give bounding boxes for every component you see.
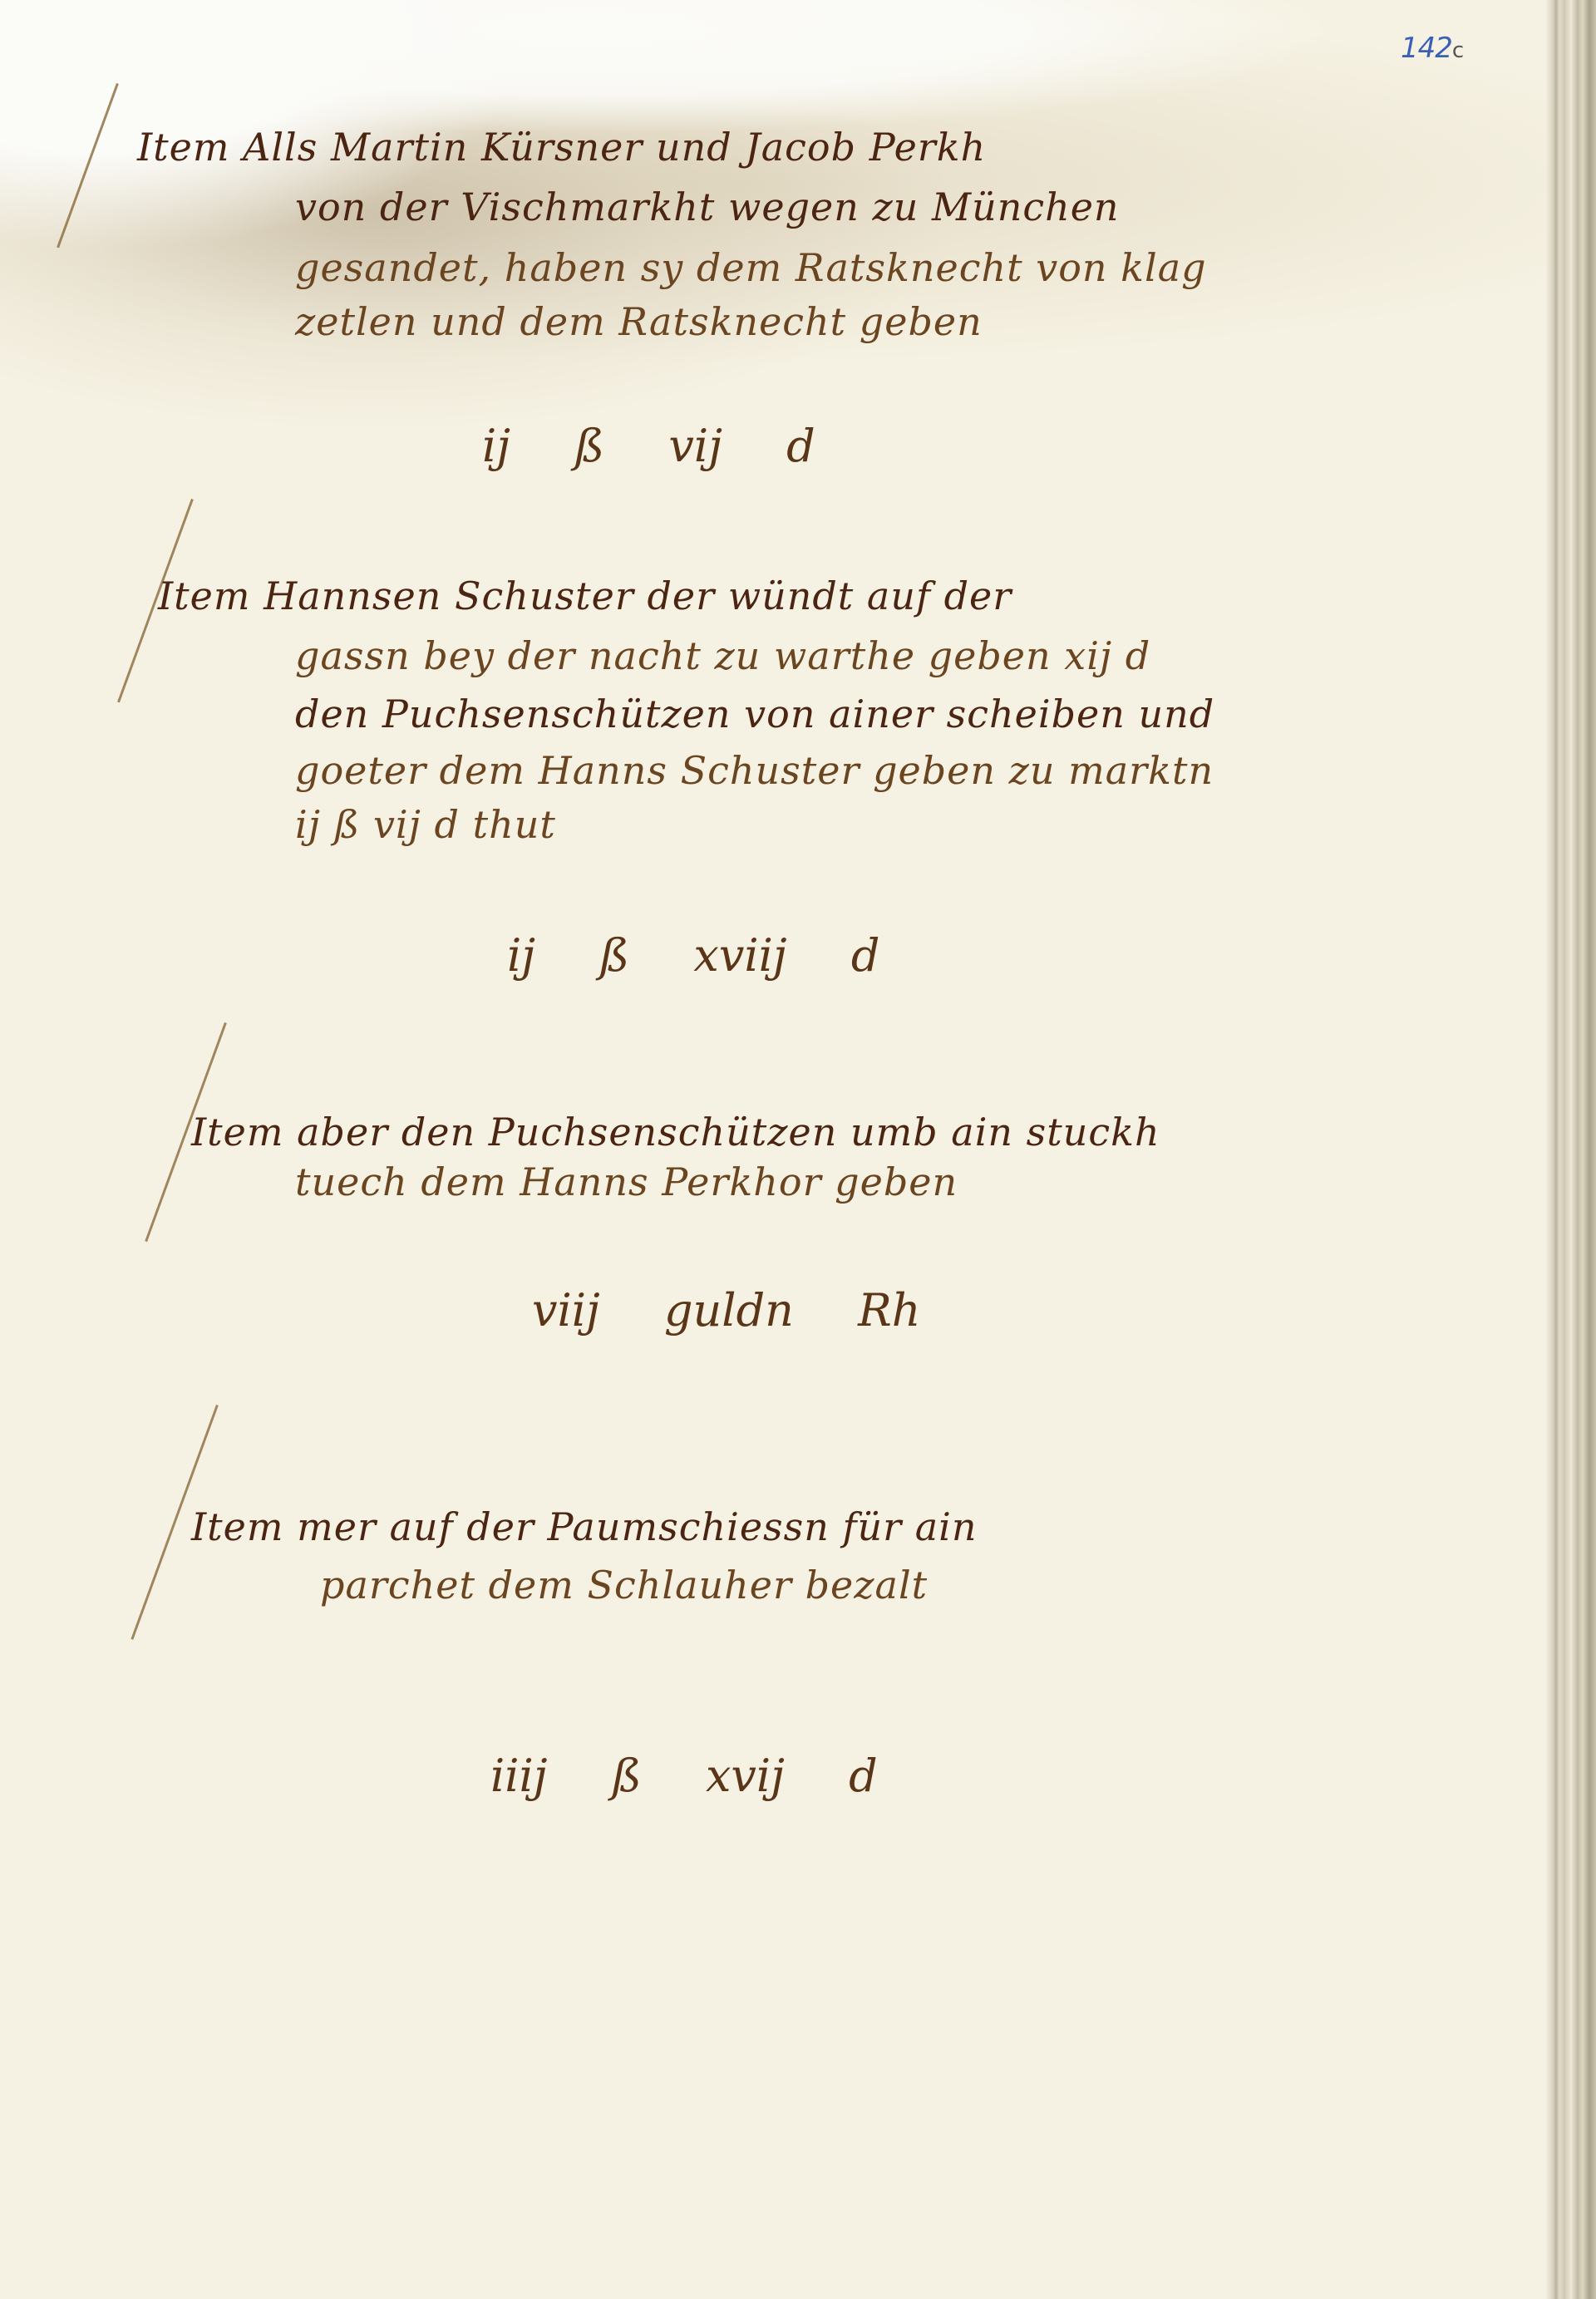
entry-line: gesandet, haben sy dem Ratsknecht von kl… <box>295 245 1207 290</box>
entry-line: den Puchsenschützen von ainer scheiben u… <box>295 692 1214 736</box>
entry-line: goeter dem Hanns Schuster geben zu markt… <box>295 748 1214 793</box>
entry-line: Item Alls Martin Kürsner und Jacob Perkh <box>137 125 986 170</box>
entry-line: Item mer auf der Paumschiessn für ain <box>191 1504 978 1549</box>
folio-suffix: c <box>1452 38 1463 63</box>
entry-amount: iiij ß xvij d <box>490 1750 878 1802</box>
entry-line: tuech dem Hanns Perkhor geben <box>295 1159 958 1204</box>
entry-line: gassn bey der nacht zu warthe geben xij … <box>295 633 1150 678</box>
entry-line: ij ß vij d thut <box>295 802 556 847</box>
entry-amount: viij guldn Rh <box>532 1284 921 1337</box>
entry-amount: ij ß vij d <box>482 420 815 472</box>
folio-number: 142c <box>1401 32 1463 65</box>
entry-line: parchet dem Schlauher bezalt <box>320 1563 928 1607</box>
entry-line: zetlen und dem Ratsknecht geben <box>295 299 983 344</box>
entry-line: Item aber den Puchsenschützen umb ain st… <box>191 1110 1160 1154</box>
folio-number-value: 142 <box>1401 32 1452 65</box>
page-edge-stack <box>1546 0 1596 2299</box>
manuscript-page: 142c Item Alls Martin Kürsner und Jacob … <box>0 0 1596 2299</box>
entry-amount: ij ß xviij d <box>507 929 879 982</box>
entry-line: Item Hannsen Schuster der wündt auf der <box>158 574 1012 618</box>
item-flourish <box>57 83 119 248</box>
entry-line: von der Vischmarkht wegen zu München <box>295 185 1120 229</box>
